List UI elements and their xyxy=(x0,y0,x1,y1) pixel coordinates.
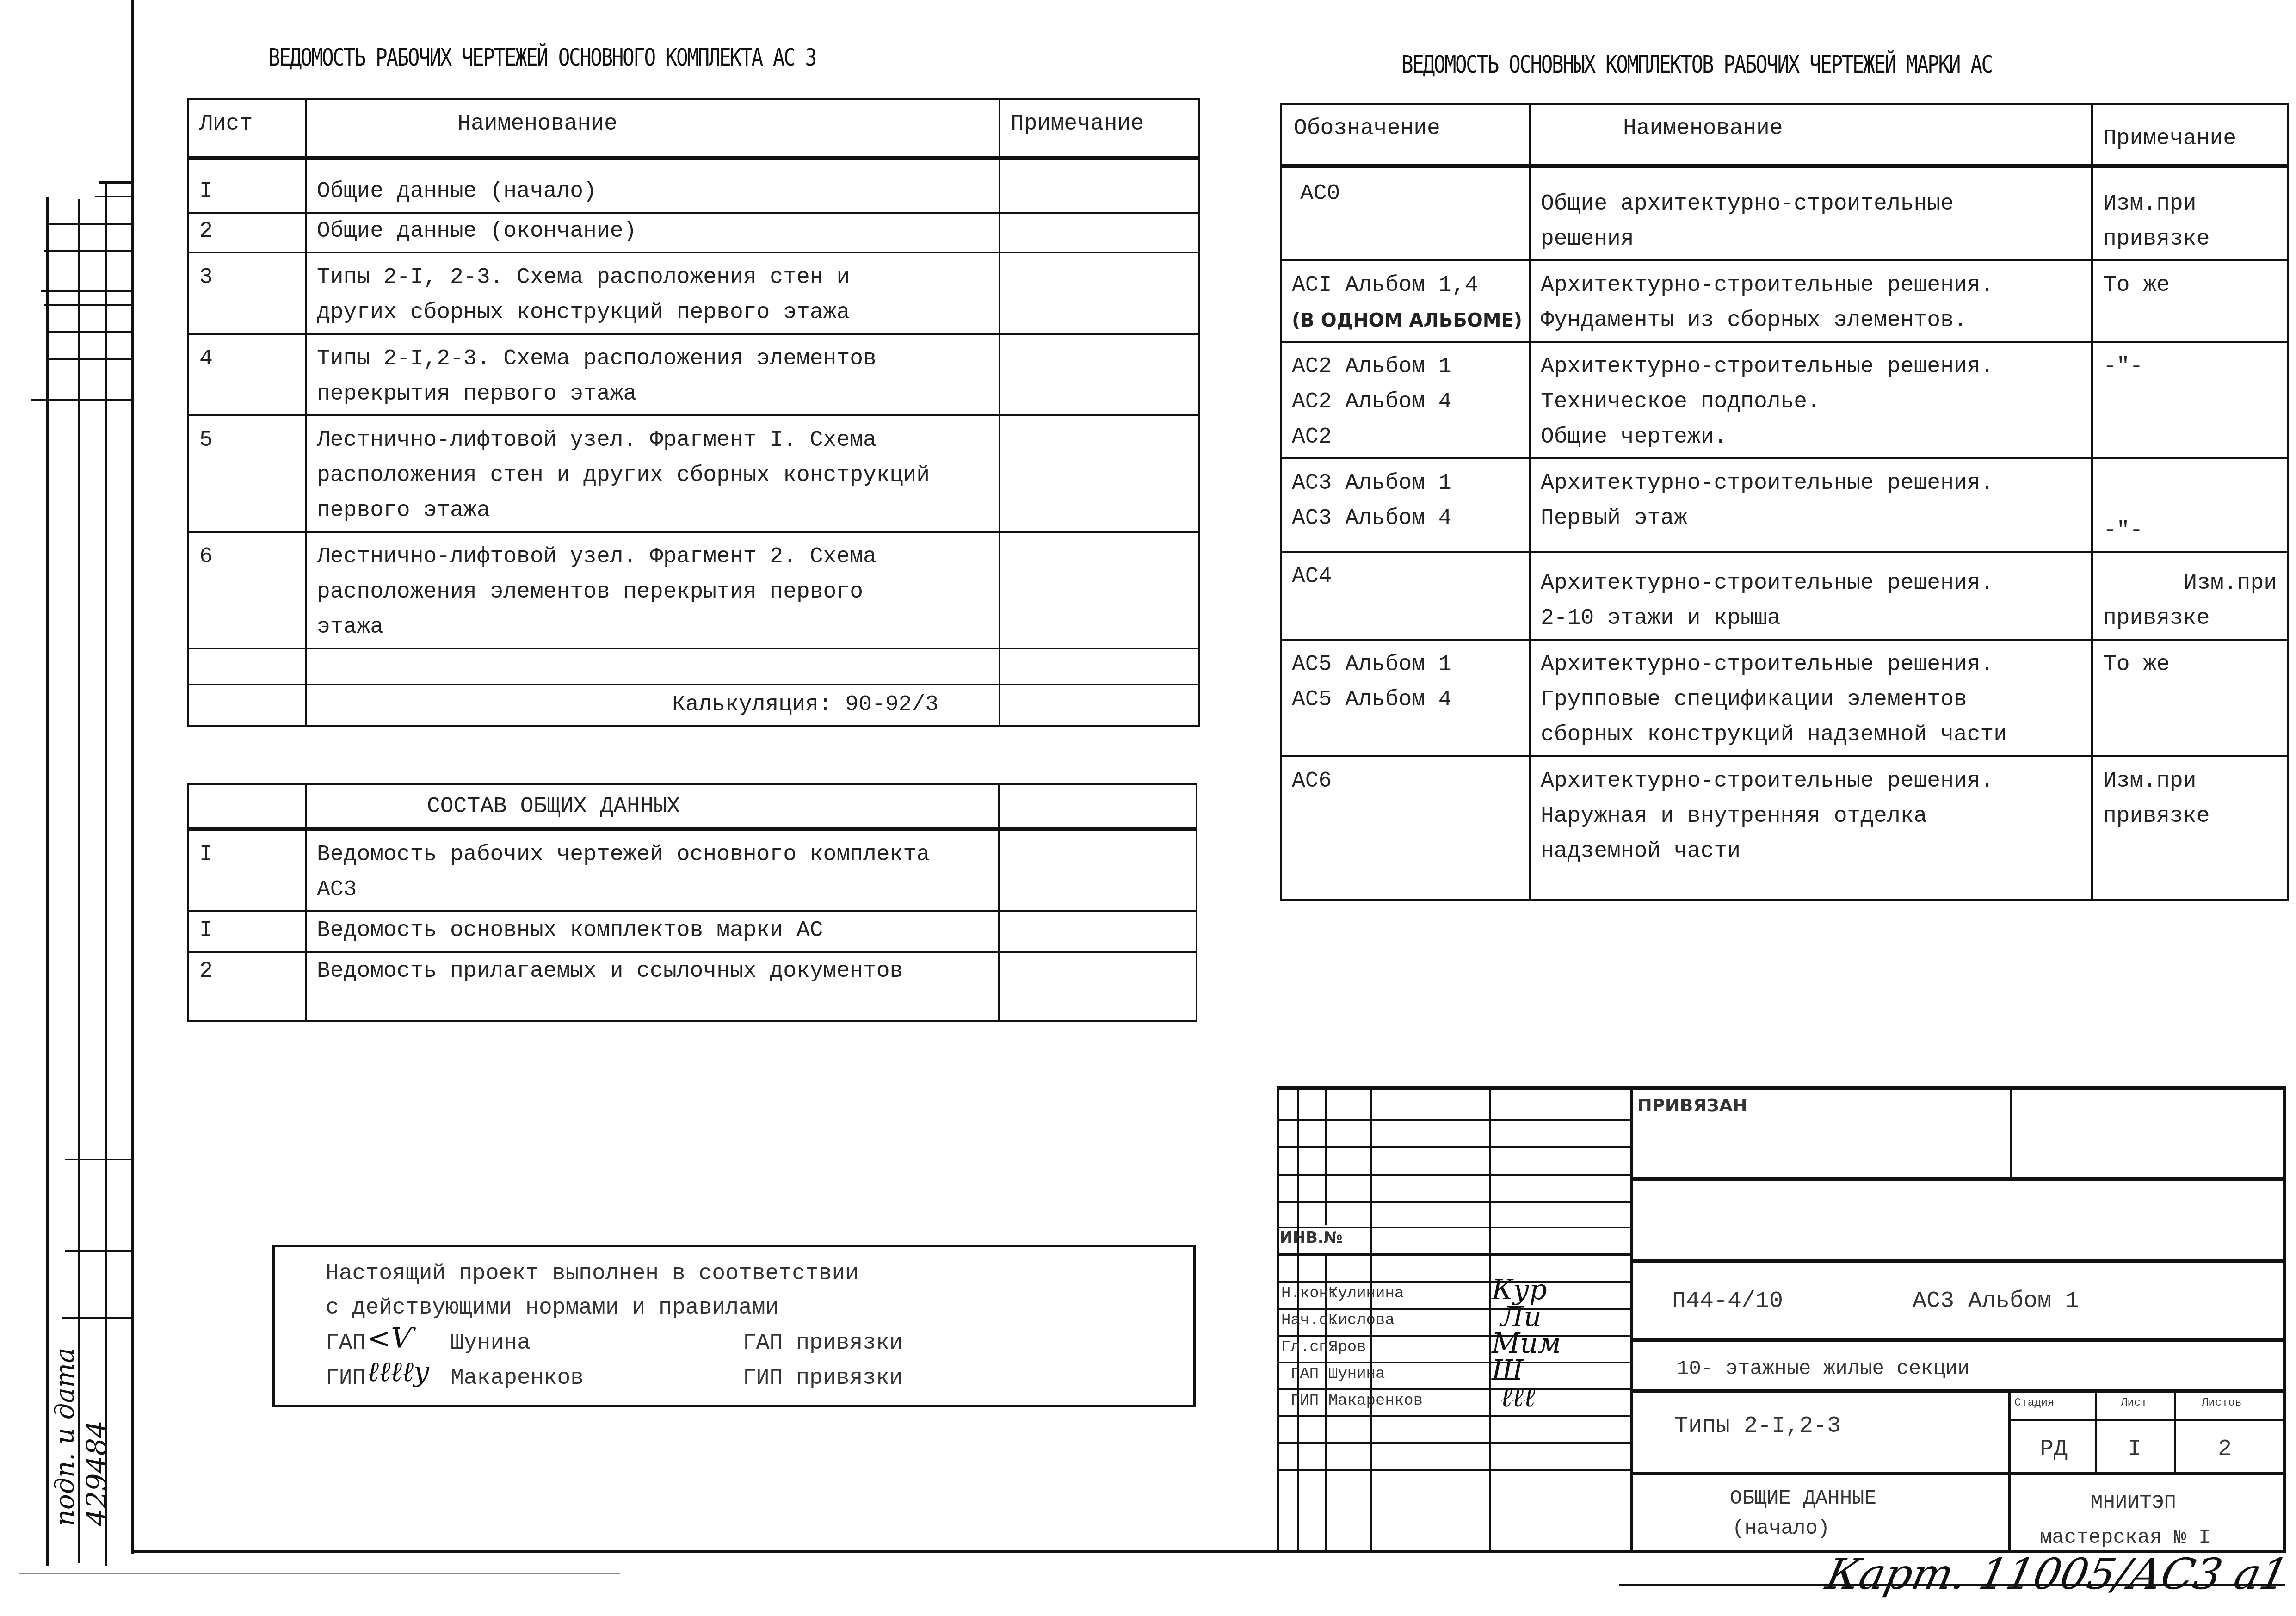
table-row: АС0 Общие архитектурно-строительныерешен… xyxy=(1281,166,2288,260)
table-row: 4 Типы 2-I,2-3. Схема расположения элеме… xyxy=(188,334,1199,415)
sheet-name: Общие данные (окончание) xyxy=(306,213,1000,253)
set-designation: АС0 xyxy=(1281,166,1530,260)
set-note: Изм.припривязке xyxy=(2092,552,2288,640)
album-label: АС3 Альбом 1 xyxy=(1913,1288,2079,1314)
table-row: АС5 Альбом 1АС5 Альбом 4 Архитектурно-ст… xyxy=(1281,640,2288,756)
staff-name: Макаренков xyxy=(1328,1392,1423,1410)
table-row: АСI Альбом 1,4(В ОДНОМ АЛЬБОМЕ) Архитект… xyxy=(1281,260,2288,342)
staff-name: Кислова xyxy=(1328,1312,1395,1329)
sheet-name: Типы 2-I,2-3. Схема расположения элемент… xyxy=(306,334,1000,415)
set-designation: АС3 Альбом 1АС3 Альбом 4 xyxy=(1281,458,1530,552)
set-note: То же xyxy=(2092,640,2288,756)
set-note: Изм.припривязке xyxy=(2092,756,2288,900)
calculation-text: Калькуляция: 90-92/3 xyxy=(306,685,1000,726)
organization: МНИИТЭП xyxy=(2091,1492,2176,1515)
gap-binding-label: ГАП привязки xyxy=(743,1326,903,1360)
sheets-value: 2 xyxy=(2218,1436,2232,1462)
set-designation: АС2 Альбом 1АС2 Альбом 4АС2 xyxy=(1281,342,1530,458)
col-header-name: Наименование xyxy=(1530,104,2092,166)
col-header-note: Примечание xyxy=(1000,99,1199,158)
gip-signature: ℓℓℓℓy xyxy=(367,1355,429,1389)
sets-list-title: ВЕДОМОСТЬ ОСНОВНЫХ КОМПЛЕКТОВ РАБОЧИХ ЧЕ… xyxy=(1401,51,1992,79)
gap-label: ГАП xyxy=(326,1326,365,1360)
sheet-note xyxy=(1000,415,1199,532)
set-name: Общие архитектурно-строительныерешения xyxy=(1530,166,2092,260)
scan-edge-line xyxy=(19,1573,620,1574)
set-name: Архитектурно-строительные решения.Технич… xyxy=(1530,342,2092,458)
frame-left-border xyxy=(131,0,134,1554)
set-designation: АС4 xyxy=(1281,552,1530,640)
sheet-number: 3 xyxy=(188,253,306,334)
table-row: I Общие данные (начало) xyxy=(188,158,1199,213)
sheet-note xyxy=(1000,532,1199,648)
set-designation: АСI Альбом 1,4(В ОДНОМ АЛЬБОМЕ) xyxy=(1281,260,1530,342)
gap-name: Шунина xyxy=(451,1326,531,1360)
table-row: 2 Общие данные (окончание) xyxy=(188,213,1199,253)
table-row: АС6 Архитектурно-строительные решения.На… xyxy=(1281,756,2288,900)
sheet-name: Лестнично-лифтовой узел. Фрагмент 2. Схе… xyxy=(306,532,1000,648)
sheets-header: Листов xyxy=(2202,1397,2241,1409)
set-note: Изм.припривязке xyxy=(2092,166,2288,260)
sheet-number: I xyxy=(188,829,306,911)
compliance-line-2: с действующими нормами и правилами xyxy=(326,1291,778,1325)
staff-name: Кулинина xyxy=(1328,1285,1404,1302)
gip-name: Макаренков xyxy=(451,1361,584,1395)
col-header-designation: Обозначение xyxy=(1281,104,1530,166)
archive-reference: Карт. 11005/АС3 а1 xyxy=(1822,1549,2293,1599)
building-description: 10- этажные жилые секции xyxy=(1677,1357,1970,1381)
table-row: I Ведомость рабочих чертежей основного к… xyxy=(188,829,1197,911)
stage-header: Стадия xyxy=(2014,1397,2054,1409)
set-note: -"- xyxy=(2092,458,2288,552)
sets-list-table: Обозначение Наименование Примечание АС0 … xyxy=(1280,103,2289,901)
table-row: АС3 Альбом 1АС3 Альбом 4 Архитектурно-ст… xyxy=(1281,458,2288,552)
sheet-list-title: ВЕДОМОСТЬ РАБОЧИХ ЧЕРТЕЖЕЙ ОСНОВНОГО КОМ… xyxy=(268,44,816,72)
building-types: Типы 2-I,2-3 xyxy=(1674,1413,1841,1439)
sheet-number: 2 xyxy=(188,213,306,253)
gip-label: ГИП xyxy=(326,1361,365,1395)
set-name: Архитектурно-строительные решения.Группо… xyxy=(1530,640,2092,756)
sheet-value: I xyxy=(2128,1436,2142,1462)
set-name: Архитектурно-строительные решения.Первый… xyxy=(1530,458,2092,552)
gap-signature: <Ѵ xyxy=(367,1321,414,1356)
sheet-header: Лист xyxy=(2121,1397,2148,1409)
staff-name: Яров xyxy=(1328,1338,1366,1356)
staff-role: ГИП xyxy=(1290,1392,1319,1410)
table-row: 2 Ведомость прилагаемых и ссылочных доку… xyxy=(188,952,1197,1021)
set-designation: АС6 xyxy=(1281,756,1530,900)
gip-binding-label: ГИП привязки xyxy=(743,1361,903,1395)
table-row: АС4 Архитектурно-строительные решения.2-… xyxy=(1281,552,2288,640)
set-name: Архитектурно-строительные решения.2-10 э… xyxy=(1530,552,2092,640)
sheet-number: I xyxy=(188,911,306,952)
archive-underline xyxy=(1619,1584,2285,1586)
margin-signature-date: подп. и дата xyxy=(50,1348,80,1526)
sheet-name: Типы 2-I, 2-3. Схема расположения стен и… xyxy=(306,253,1000,334)
col-header-note: Примечание xyxy=(2092,104,2288,166)
sheet-number: 5 xyxy=(188,415,306,532)
table-row: АС2 Альбом 1АС2 Альбом 4АС2 Архитектурно… xyxy=(1281,342,2288,458)
sheet-name: Лестнично-лифтовой узел. Фрагмент I. Схе… xyxy=(306,415,1000,532)
sheet-number: I xyxy=(188,158,306,213)
set-note: -"- xyxy=(2092,342,2288,458)
project-code: П44-4/10 xyxy=(1672,1288,1783,1314)
table-row: I Ведомость основных комплектов марки АС xyxy=(188,911,1197,952)
set-name: Архитектурно-строительные решения.Наружн… xyxy=(1530,756,2092,900)
set-designation: АС5 Альбом 1АС5 Альбом 4 xyxy=(1281,640,1530,756)
sheet-number: 2 xyxy=(188,952,306,1021)
table-row-empty xyxy=(188,648,1199,685)
sheet-note xyxy=(1000,158,1199,213)
inventory-number-label: ИНВ.№ xyxy=(1279,1228,1343,1247)
bound-label: ПРИВЯЗАН xyxy=(1637,1095,1747,1116)
compliance-note-box: Настоящий проект выполнен в соответствии… xyxy=(272,1245,1196,1407)
sheet-note xyxy=(1000,213,1199,253)
sheet-note xyxy=(1000,253,1199,334)
organization-workshop: мастерская № I xyxy=(2040,1526,2211,1549)
compliance-line-1: Настоящий проект выполнен в соответствии xyxy=(326,1257,858,1291)
table-row: 5 Лестнично-лифтовой узел. Фрагмент I. С… xyxy=(188,415,1199,532)
set-name: Архитектурно-строительные решения.Фундам… xyxy=(1530,260,2092,342)
document-name: Ведомость прилагаемых и ссылочных докуме… xyxy=(306,952,999,1021)
general-data-table: СОСТАВ ОБЩИХ ДАННЫХ I Ведомость рабочих … xyxy=(187,783,1197,1022)
general-data-title: СОСТАВ ОБЩИХ ДАННЫХ xyxy=(306,784,999,829)
margin-inventory-number: 429484 xyxy=(81,1420,113,1526)
sheet-number: 4 xyxy=(188,334,306,415)
drawing-name-part: (начало) xyxy=(1732,1517,1830,1540)
col-header-name: Наименование xyxy=(306,99,1000,158)
drawing-name: ОБЩИЕ ДАННЫЕ xyxy=(1730,1487,1876,1510)
document-name: Ведомость рабочих чертежей основного ком… xyxy=(306,829,999,911)
document-name: Ведомость основных комплектов марки АС xyxy=(306,911,999,952)
table-row: 6 Лестнично-лифтовой узел. Фрагмент 2. С… xyxy=(188,532,1199,648)
set-note: То же xyxy=(2092,260,2288,342)
stage-value: РД xyxy=(2040,1436,2068,1462)
col-header-sheet: Лист xyxy=(188,99,306,158)
sheet-number: 6 xyxy=(188,532,306,648)
table-row: 3 Типы 2-I, 2-3. Схема расположения стен… xyxy=(188,253,1199,334)
calculation-row: Калькуляция: 90-92/3 xyxy=(188,685,1199,726)
staff-signatures: Кур ЛиМимШ ℓℓℓ xyxy=(1492,1277,1561,1411)
sheet-name: Общие данные (начало) xyxy=(306,158,1000,213)
sheet-list-table: Лист Наименование Примечание I Общие дан… xyxy=(187,98,1200,727)
staff-name: Шунина xyxy=(1328,1365,1385,1383)
staff-role: ГАП xyxy=(1290,1365,1319,1383)
sheet-note xyxy=(1000,334,1199,415)
